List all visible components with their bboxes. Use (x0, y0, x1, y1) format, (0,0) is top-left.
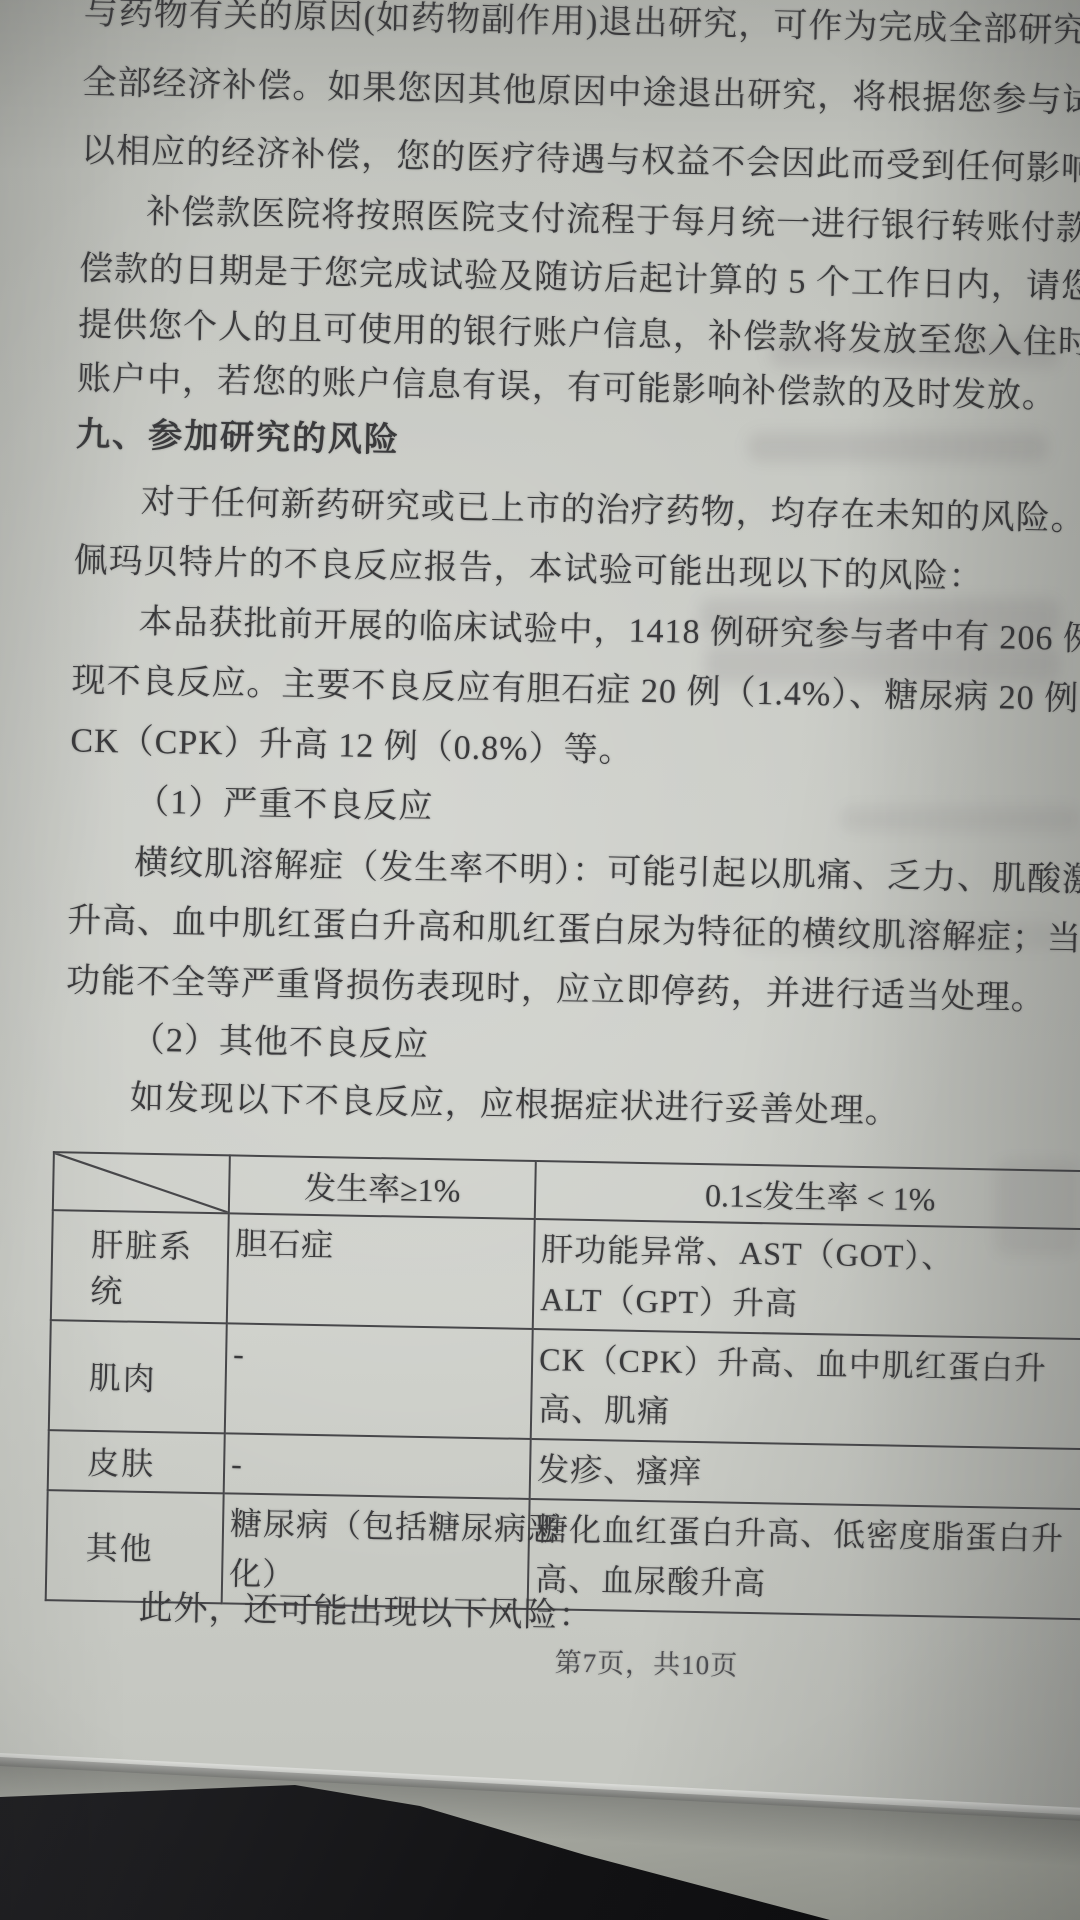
table-row: 肝脏系统 胆石症 肝功能异常、AST（GOT）、 ALT（GPT）升高 (51, 1210, 1080, 1339)
subsection-label: （1）严重不良反应 (135, 781, 434, 830)
body-line: 如发现以下不良反应，应根据症状进行妥善处理。 (129, 1077, 900, 1135)
body-line: 提供您个人的且可使用的银行账户信息，补偿款将发放至您入住时登记的 (78, 303, 1080, 368)
cell-line: 胆石症 (235, 1219, 528, 1274)
column-header: 发生率≥1% (229, 1155, 536, 1219)
body-line: 偿款的日期是于您完成试验及随访后起计算的 5 个工作日内，请您参与时 (79, 247, 1080, 312)
row-label: 其他 (46, 1490, 224, 1603)
row-label: 皮肤 (48, 1430, 225, 1493)
cell-line: - (231, 1438, 524, 1493)
body-line: 横纹肌溶解症（发生率不明）：可能引起以肌痛、乏力、肌酸激酶（ (134, 842, 1080, 905)
table-cell: 糖化血红蛋白升高、低密度脂蛋白升 高、血尿酸升高 (528, 1499, 1080, 1619)
body-line: 佩玛贝特片的不良反应报告，本试验可能出现以下的风险： (73, 539, 984, 600)
column-header: 0.1≤发生率 < 1% (535, 1161, 1080, 1229)
body-line: 现不良反应。主要不良反应有胆石症 20 例（1.4%）、糖尿病 20 例（1.4 (71, 659, 1080, 723)
cell-line: - (233, 1329, 526, 1384)
body-line: 与药物有关的原因(如药物副作用)退出研究，可作为完成全部研究而获得 (83, 0, 1080, 56)
body-line: 账户中，若您的账户信息有误，有可能影响补偿款的及时发放。 (77, 357, 1058, 419)
body-line: 对于任何新药研究或已上市的治疗药物，均存在未知的风险。根据 (140, 481, 1080, 544)
table-cell: 胆石症 (227, 1213, 535, 1329)
page-number: 第7页，共10页 (554, 1640, 738, 1682)
row-label: 肌肉 (49, 1320, 227, 1433)
cell-line: 高、血尿酸升高 (535, 1554, 1080, 1614)
photo-of-consent-document: 与药物有关的原因(如药物副作用)退出研究，可作为完成全部研究而获得 全部经济补偿… (0, 0, 1080, 1920)
diagonal-line (54, 1153, 229, 1212)
section-heading: 九、参加研究的风险 (76, 413, 401, 463)
body-line: 全部经济补偿。如果您因其他原因中途退出研究，将根据您参与试验的时间 (82, 62, 1080, 127)
body-line: 本品获批前开展的临床试验中，1418 例研究参与者中有 206 例（14.5 (138, 601, 1080, 664)
body-line: 升高、血中肌红蛋白升高和肌红蛋白尿为特征的横纹肌溶解症；当出现肾 (67, 899, 1080, 964)
cell-line: 糖尿病（包括糖尿病恶 (230, 1498, 523, 1553)
table-cell: - (225, 1323, 533, 1439)
table-cell: 发疹、瘙痒 (530, 1439, 1080, 1509)
body-line: 补偿款医院将按照医院支付流程于每月统一进行银行转账付款，您 (146, 191, 1080, 254)
table-row: 肌肉 - CK（CPK）升高、血中肌红蛋白升 高、肌痛 (49, 1320, 1080, 1449)
cell-line: ALT（GPT）升高 (540, 1274, 1080, 1334)
table-cell: CK（CPK）升高、血中肌红蛋白升 高、肌痛 (531, 1329, 1080, 1449)
row-label: 肝脏系统 (51, 1210, 229, 1323)
body-line: CK（CPK）升高 12 例（0.8%）等。 (70, 719, 634, 773)
body-line: 此外，还可能出现以下风险： (138, 1587, 594, 1639)
table-cell: - (224, 1433, 531, 1499)
table-cell: 肝功能异常、AST（GOT）、 ALT（GPT）升高 (533, 1219, 1080, 1339)
body-line: 功能不全等严重肾损伤表现时，应立即停药，并进行适当处理。 (66, 959, 1047, 1021)
cell-line: 高、肌痛 (538, 1384, 1080, 1444)
cell-line: 发疹、瘙痒 (537, 1444, 1080, 1504)
printed-text-block: 与药物有关的原因(如药物副作用)退出研究，可作为完成全部研究而获得 全部经济补偿… (0, 0, 1080, 1819)
body-line: 以相应的经济补偿，您的医疗待遇与权益不会因此而受到任何影响。 (81, 130, 1080, 193)
subsection-label: （2）其他不良反应 (131, 1019, 430, 1068)
diagonal-header-cell (53, 1152, 230, 1213)
adverse-reaction-table: 发生率≥1% 0.1≤发生率 < 1% 肝脏系统 胆石症 肝功能异常、AST（G… (45, 1151, 1080, 1620)
